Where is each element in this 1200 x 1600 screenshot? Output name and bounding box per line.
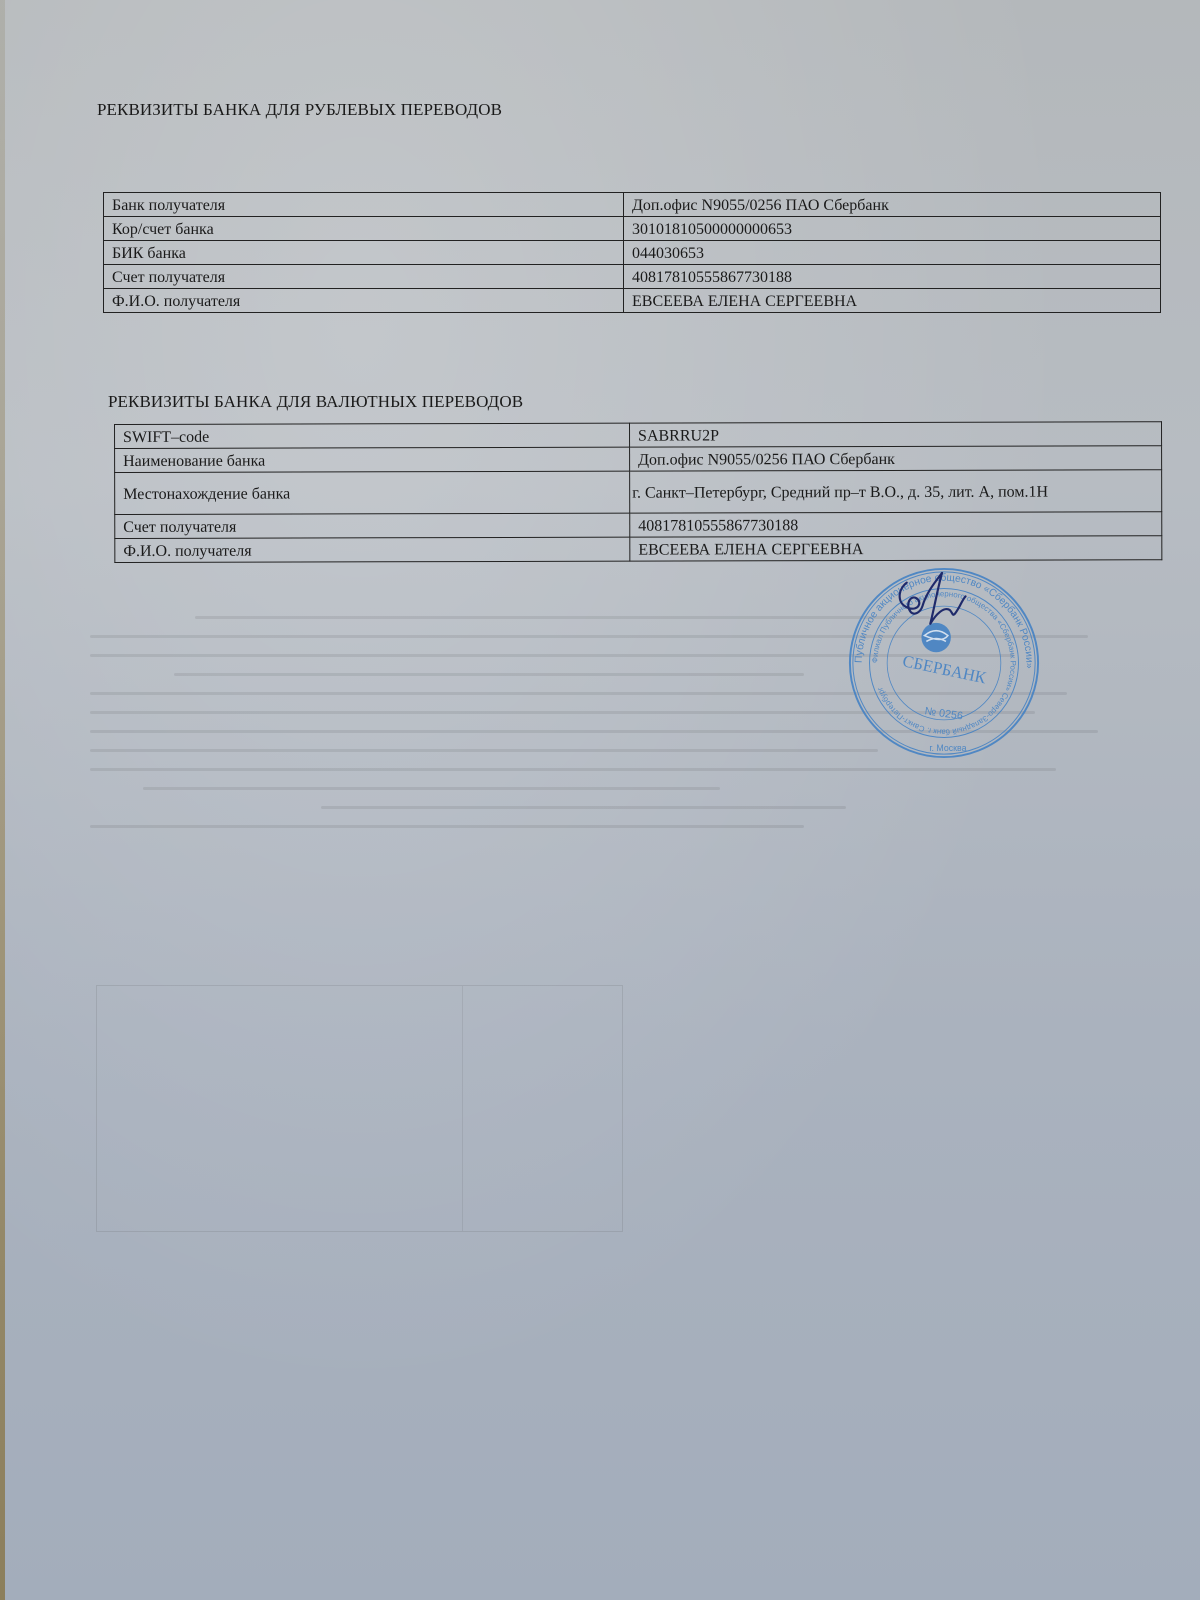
row-label: SWIFT–code <box>115 423 630 448</box>
row-label: Ф.И.О. получателя <box>115 537 630 562</box>
row-value: г. Санкт–Петербург, Средний пр–т В.О., д… <box>630 470 1162 513</box>
rub-requisites-table: Банк получателя Доп.офис N9055/0256 ПАО … <box>103 192 1161 313</box>
table-row: Местонахождение банка г. Санкт–Петербург… <box>115 470 1162 515</box>
stamp-outer-text: Публичное акционерное общество «Сбербанк… <box>854 572 1035 669</box>
paper-edge <box>0 0 5 1600</box>
row-label: Наименование банка <box>115 447 630 472</box>
rub-section-title: РЕКВИЗИТЫ БАНКА ДЛЯ РУБЛЕВЫХ ПЕРЕВОДОВ <box>97 100 502 120</box>
table-row: Ф.И.О. получателя ЕВСЕЕВА ЕЛЕНА СЕРГЕЕВН… <box>115 536 1162 563</box>
row-label: Местонахождение банка <box>115 471 630 514</box>
row-value: ЕВСЕЕВА ЕЛЕНА СЕРГЕЕВНА <box>630 536 1162 561</box>
stamp-city: г. Москва <box>929 743 966 753</box>
row-value: SABRRU2P <box>629 422 1161 447</box>
bank-stamp: Публичное акционерное общество «Сбербанк… <box>846 565 1042 761</box>
row-label: Банк получателя <box>104 193 624 217</box>
row-value: Доп.офис N9055/0256 ПАО Сбербанк <box>624 193 1161 217</box>
row-label: БИК банка <box>104 241 624 265</box>
table-row: Наименование банка Доп.офис N9055/0256 П… <box>115 446 1162 473</box>
table-row: Ф.И.О. получателя ЕВСЕЕВА ЕЛЕНА СЕРГЕЕВН… <box>104 289 1161 313</box>
table-row: Кор/счет банка 30101810500000000653 <box>104 217 1161 241</box>
table-row: Счет получателя 40817810555867730188 <box>104 265 1161 289</box>
row-value: ЕВСЕЕВА ЕЛЕНА СЕРГЕЕВНА <box>624 289 1161 313</box>
show-through-table <box>96 985 623 1232</box>
row-value: 30101810500000000653 <box>624 217 1161 241</box>
row-value: 044030653 <box>624 241 1161 265</box>
row-label: Счет получателя <box>115 513 630 538</box>
row-label: Счет получателя <box>104 265 624 289</box>
row-value: 40817810555867730188 <box>630 512 1162 537</box>
row-value: Доп.офис N9055/0256 ПАО Сбербанк <box>630 446 1162 471</box>
stamp-number: № 0256 <box>924 705 964 722</box>
stamp-brand: СБЕРБАНК <box>901 651 989 687</box>
table-row: Счет получателя 40817810555867730188 <box>115 512 1162 539</box>
table-row: SWIFT–code SABRRU2P <box>115 422 1162 449</box>
row-label: Ф.И.О. получателя <box>104 289 624 313</box>
table-row: Банк получателя Доп.офис N9055/0256 ПАО … <box>104 193 1161 217</box>
row-value: 40817810555867730188 <box>624 265 1161 289</box>
row-label: Кор/счет банка <box>104 217 624 241</box>
currency-section-title: РЕКВИЗИТЫ БАНКА ДЛЯ ВАЛЮТНЫХ ПЕРЕВОДОВ <box>108 392 523 412</box>
currency-requisites-table: SWIFT–code SABRRU2P Наименование банка Д… <box>114 421 1162 563</box>
table-row: БИК банка 044030653 <box>104 241 1161 265</box>
